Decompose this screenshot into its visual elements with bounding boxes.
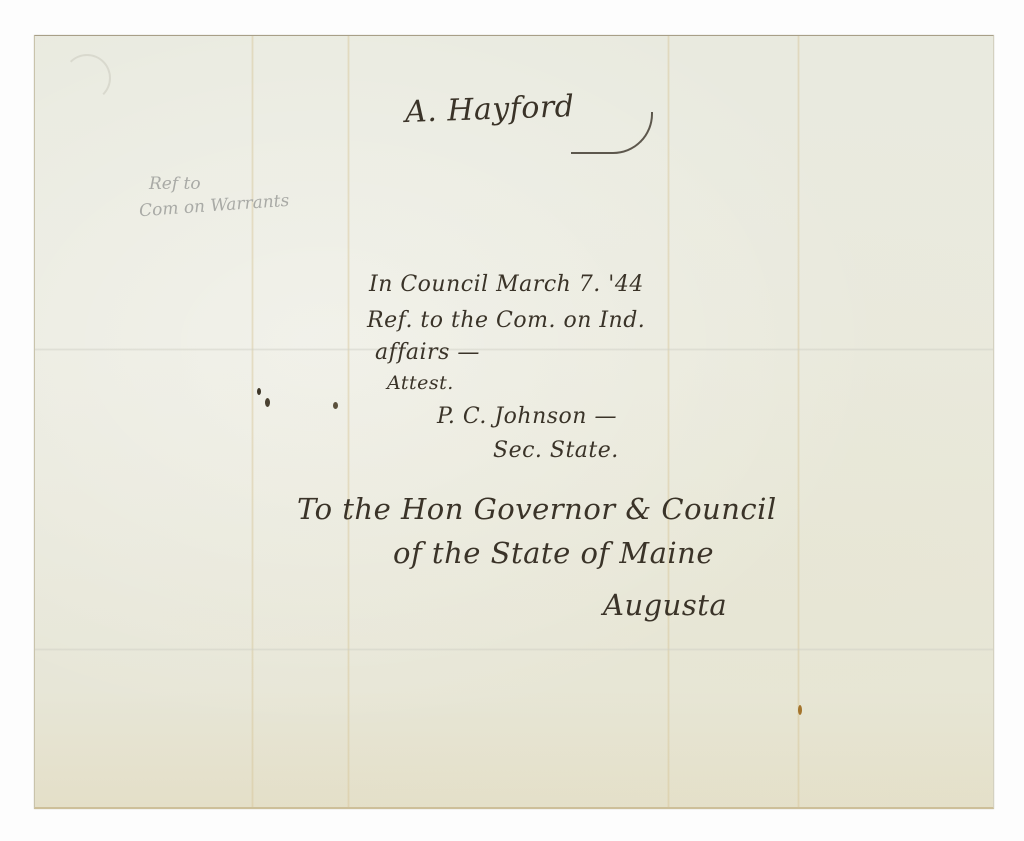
horizontal-fold-line <box>35 648 993 651</box>
address-line2: of the State of Maine <box>393 536 714 570</box>
pencil-note-line2: Com on Warrants <box>138 191 289 221</box>
ink-spot <box>333 402 338 409</box>
endorsement-line5: P. C. Johnson — <box>437 404 617 429</box>
address-line3: Augusta <box>603 588 727 622</box>
scan-canvas: A. Hayford Ref to Com on Warrants In Cou… <box>0 0 1024 841</box>
vertical-fold-line <box>667 36 670 807</box>
address-line1: To the Hon Governor & Council <box>297 492 777 526</box>
vertical-fold-line <box>251 36 254 807</box>
document-paper: A. Hayford Ref to Com on Warrants In Cou… <box>34 35 994 809</box>
rust-spot <box>798 705 802 715</box>
header-name: A. Hayford <box>404 89 575 130</box>
horizontal-fold-line <box>35 348 993 351</box>
ink-spot <box>257 388 261 395</box>
pencil-note-line1: Ref to <box>149 174 201 194</box>
ink-spot <box>265 398 270 407</box>
endorsement-line1: In Council March 7. '44 <box>369 272 644 297</box>
embossed-stamp-mark <box>63 54 111 102</box>
endorsement-line3: affairs — <box>375 340 480 365</box>
signature-flourish <box>571 112 653 154</box>
endorsement-line6: Sec. State. <box>493 438 619 463</box>
endorsement-line4: Attest. <box>387 372 454 394</box>
endorsement-line2: Ref. to the Com. on Ind. <box>367 308 645 333</box>
vertical-fold-line <box>797 36 800 807</box>
vertical-fold-line <box>347 36 350 807</box>
